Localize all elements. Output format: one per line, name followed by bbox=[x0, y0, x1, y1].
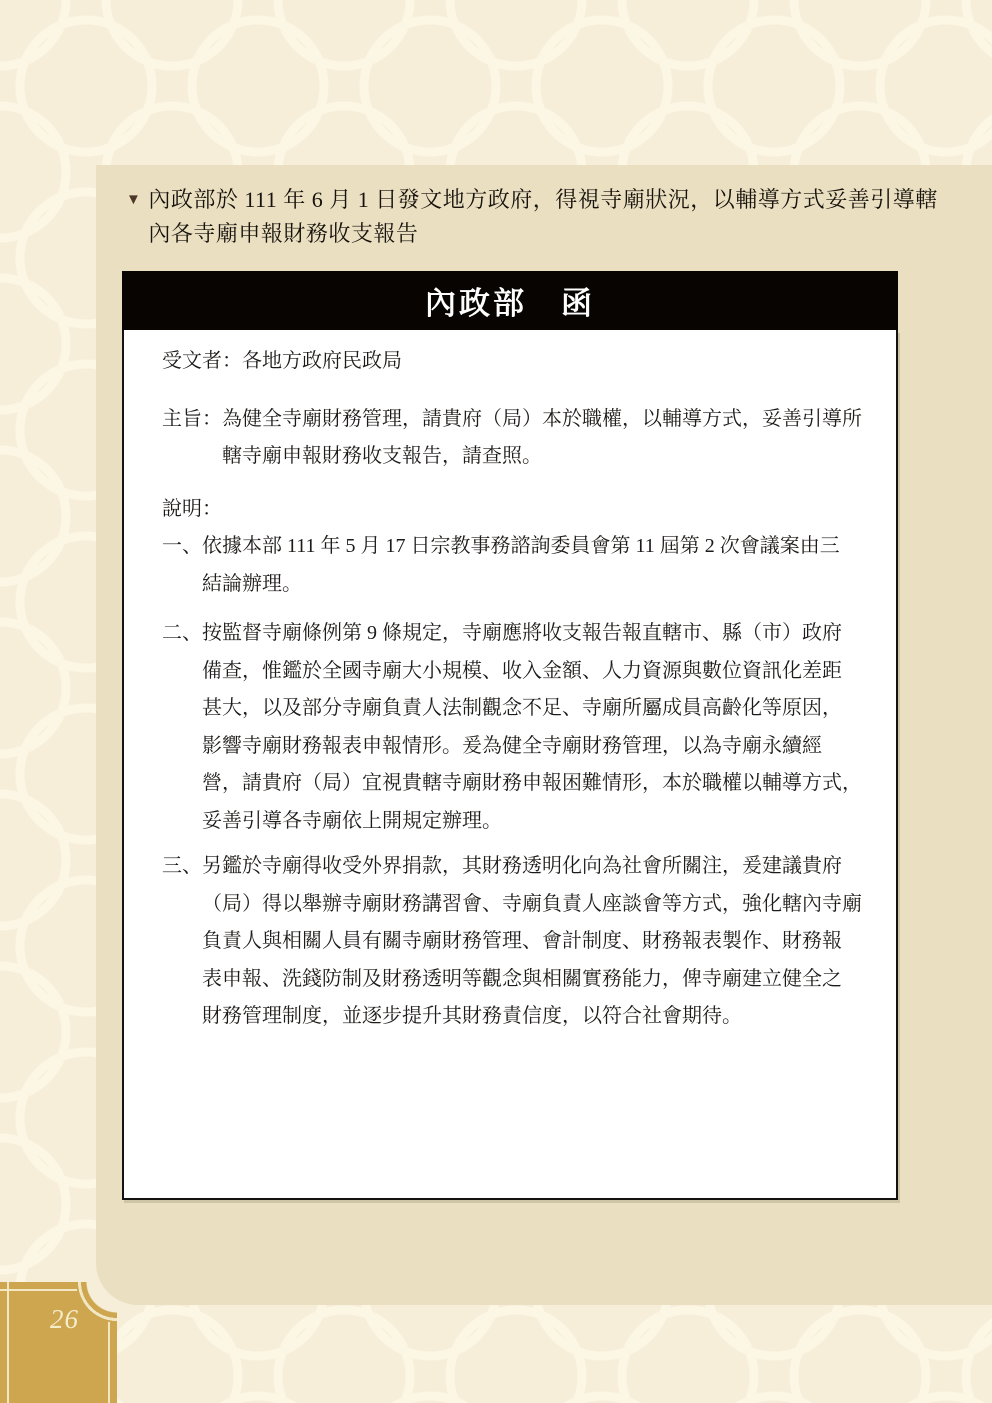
item-3-line-5: 財務管理制度，並逐步提升其財務責信度，以符合社會期待。 bbox=[162, 998, 878, 1036]
item-2-line-1: 二、按監督寺廟條例第 9 條規定，寺廟應將收支報告報直轄市、縣（市）政府 bbox=[162, 615, 878, 653]
intro-line-1: 內政部於 111 年 6 月 1 日發文地方政府，得視寺廟狀況，以輔導方式妥善引… bbox=[148, 183, 937, 217]
item-3-line-3: 負責人與相關人員有關寺廟財務管理、會計制度、財務報表製作、財務報 bbox=[162, 923, 878, 961]
item-3-line-2: （局）得以舉辦寺廟財務講習會、寺廟負責人座談會等方式，強化轄內寺廟 bbox=[162, 886, 878, 924]
item-1-line-2: 結論辦理。 bbox=[162, 566, 878, 604]
subject-line-1: 主旨：為健全寺廟財務管理，請貴府（局）本於職權，以輔導方式，妥善引導所 bbox=[162, 401, 878, 439]
item-2-line-5: 營，請貴府（局）宜視貴轄寺廟財務申報困難情形，本於職權以輔導方式， bbox=[162, 765, 878, 803]
triangle-bullet-icon: ▼ bbox=[126, 183, 141, 217]
page-number: 26 bbox=[50, 1304, 79, 1335]
intro-text: 內政部於 111 年 6 月 1 日發文地方政府，得視寺廟狀況，以輔導方式妥善引… bbox=[148, 183, 937, 251]
letter-body: 受文者：各地方政府民政局 主旨：為健全寺廟財務管理，請貴府（局）本於職權，以輔導… bbox=[122, 330, 898, 1200]
letter-title-bar: 內政部 函 bbox=[122, 271, 898, 330]
letter-title: 內政部 函 bbox=[425, 278, 595, 323]
page-background: ▼ 內政部於 111 年 6 月 1 日發文地方政府，得視寺廟狀況，以輔導方式妥… bbox=[0, 0, 992, 1403]
item-2-line-3: 甚大，以及部分寺廟負責人法制觀念不足、寺廟所屬成員高齡化等原因， bbox=[162, 690, 878, 728]
item-2-line-6: 妥善引導各寺廟依上開規定辦理。 bbox=[162, 803, 878, 841]
official-letter: 內政部 函 受文者：各地方政府民政局 主旨：為健全寺廟財務管理，請貴府（局）本於… bbox=[122, 271, 898, 1200]
intro-line-2: 內各寺廟申報財務收支報告 bbox=[148, 217, 937, 251]
item-3-line-4: 表申報、洗錢防制及財務透明等觀念與相關實務能力，俾寺廟建立健全之 bbox=[162, 961, 878, 999]
page-number-tab: 26 bbox=[0, 1282, 117, 1403]
item-1-line-1: 一、依據本部 111 年 5 月 17 日宗教事務諮詢委員會第 11 屆第 2 … bbox=[162, 528, 878, 566]
recipient-line: 受文者：各地方政府民政局 bbox=[162, 343, 878, 381]
item-3-line-1: 三、另鑑於寺廟得收受外界捐款，其財務透明化向為社會所關注，爰建議貴府 bbox=[162, 848, 878, 886]
item-2-line-4: 影響寺廟財務報表申報情形。爰為健全寺廟財務管理，以為寺廟永續經 bbox=[162, 728, 878, 766]
intro-heading: ▼ 內政部於 111 年 6 月 1 日發文地方政府，得視寺廟狀況，以輔導方式妥… bbox=[96, 165, 992, 251]
explanation-label: 說明： bbox=[162, 491, 878, 529]
content-panel: ▼ 內政部於 111 年 6 月 1 日發文地方政府，得視寺廟狀況，以輔導方式妥… bbox=[96, 165, 992, 1305]
subject-line-2: 轄寺廟申報財務收支報告，請查照。 bbox=[162, 438, 878, 476]
item-2-line-2: 備查，惟鑑於全國寺廟大小規模、收入金額、人力資源與數位資訊化差距 bbox=[162, 653, 878, 691]
